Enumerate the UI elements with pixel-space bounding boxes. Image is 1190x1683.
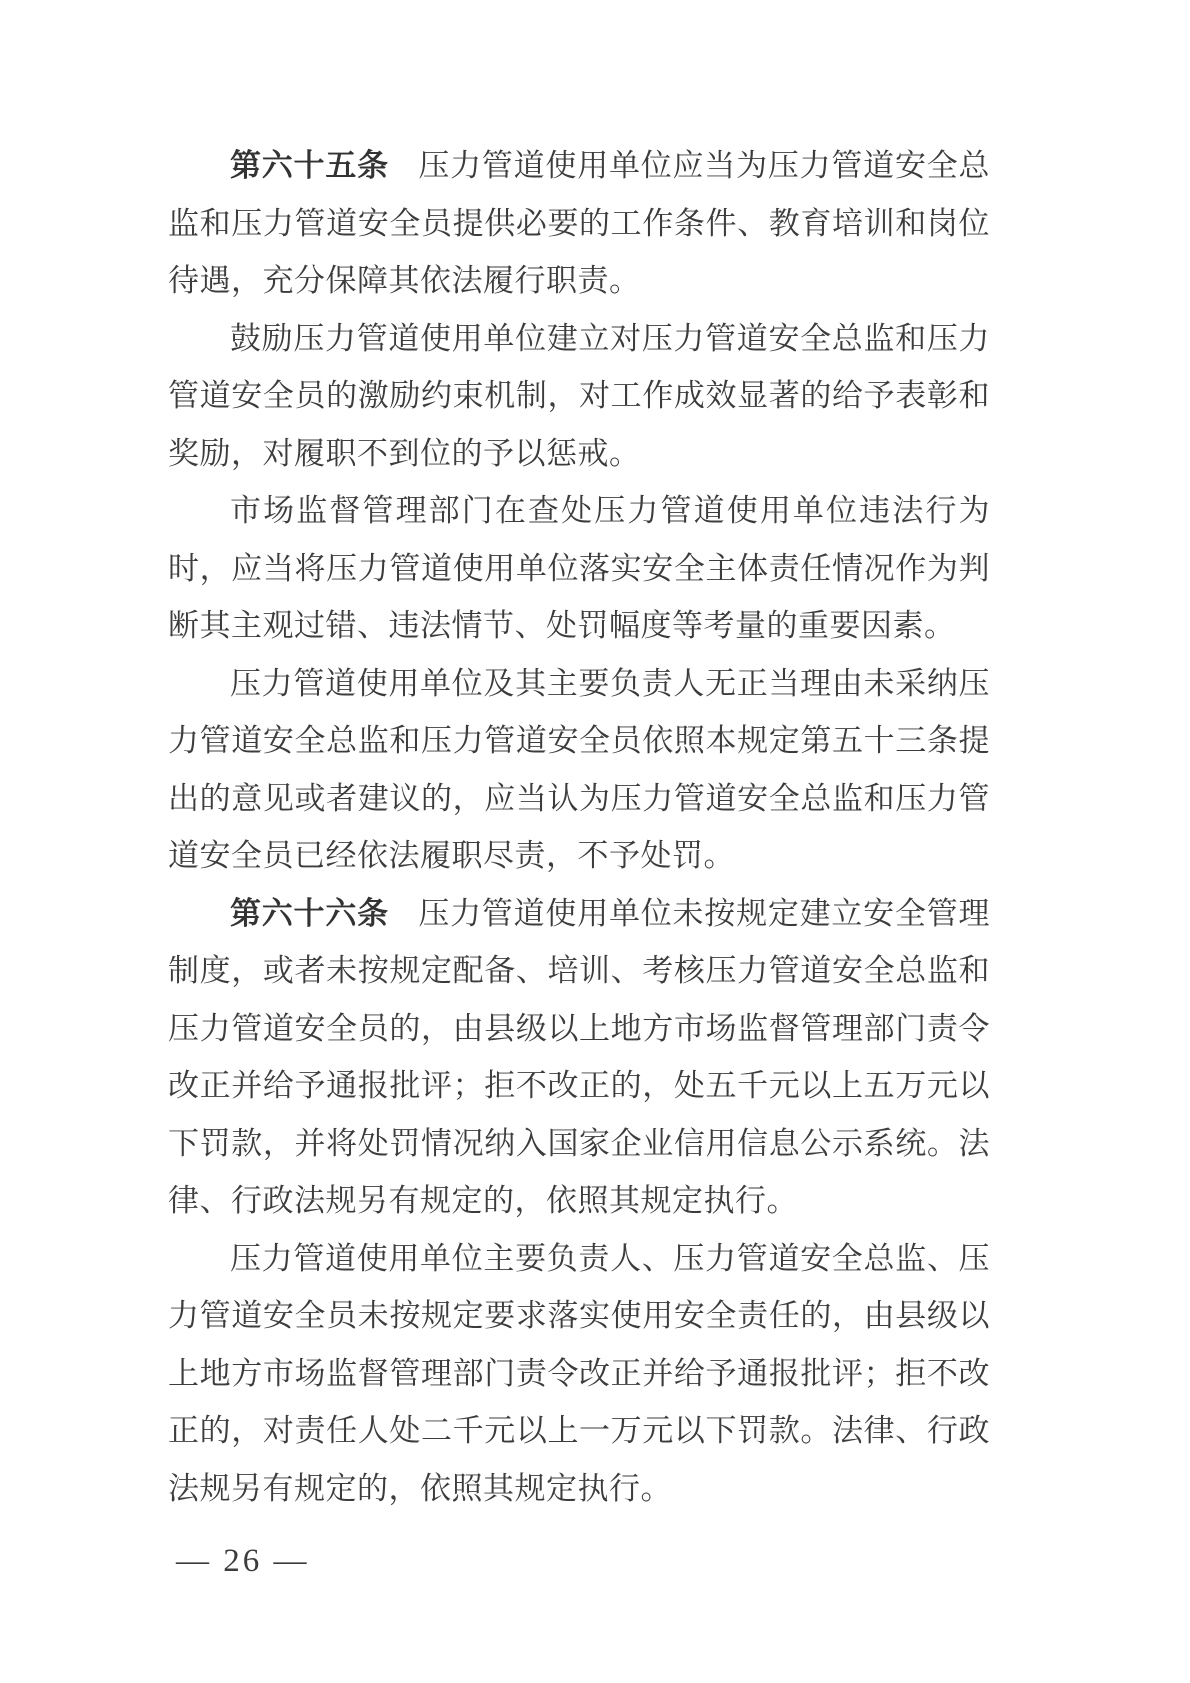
article-66-text: 压力管道使用单位未按规定建立安全管理制度，或者未按规定配备、培训、考核压力管道安… <box>168 896 990 1219</box>
document-page: 第六十五条压力管道使用单位应当为压力管道安全总监和压力管道安全员提供必要的工作条… <box>0 0 1190 1683</box>
para-3-text: 市场监督管理部门在查处压力管道使用单位违法行为时，应当将压力管道使用单位落实安全… <box>168 493 990 643</box>
para-article-65-4: 压力管道使用单位及其主要负责人无正当理由未采纳压力管道安全总监和压力管道安全员依… <box>168 655 990 885</box>
para-4-text: 压力管道使用单位及其主要负责人无正当理由未采纳压力管道安全总监和压力管道安全员依… <box>168 666 990 874</box>
para-article-66-2: 压力管道使用单位主要负责人、压力管道安全总监、压力管道安全员未按规定要求落实使用… <box>168 1230 990 1518</box>
page-body-text: 第六十五条压力管道使用单位应当为压力管道安全总监和压力管道安全员提供必要的工作条… <box>168 137 990 1517</box>
para-6-text: 压力管道使用单位主要负责人、压力管道安全总监、压力管道安全员未按规定要求落实使用… <box>168 1241 990 1506</box>
para-article-66-1: 第六十六条压力管道使用单位未按规定建立安全管理制度，或者未按规定配备、培训、考核… <box>168 885 990 1230</box>
para-article-65-2: 鼓励压力管道使用单位建立对压力管道安全总监和压力管道安全员的激励约束机制，对工作… <box>168 310 990 483</box>
para-article-65-3: 市场监督管理部门在查处压力管道使用单位违法行为时，应当将压力管道使用单位落实安全… <box>168 482 990 655</box>
article-65-number: 第六十五条 <box>230 148 389 183</box>
page-number: — 26 — <box>176 1541 310 1581</box>
article-66-number: 第六十六条 <box>230 896 389 931</box>
para-2-text: 鼓励压力管道使用单位建立对压力管道安全总监和压力管道安全员的激励约束机制，对工作… <box>168 321 990 471</box>
para-article-65-1: 第六十五条压力管道使用单位应当为压力管道安全总监和压力管道安全员提供必要的工作条… <box>168 137 990 310</box>
